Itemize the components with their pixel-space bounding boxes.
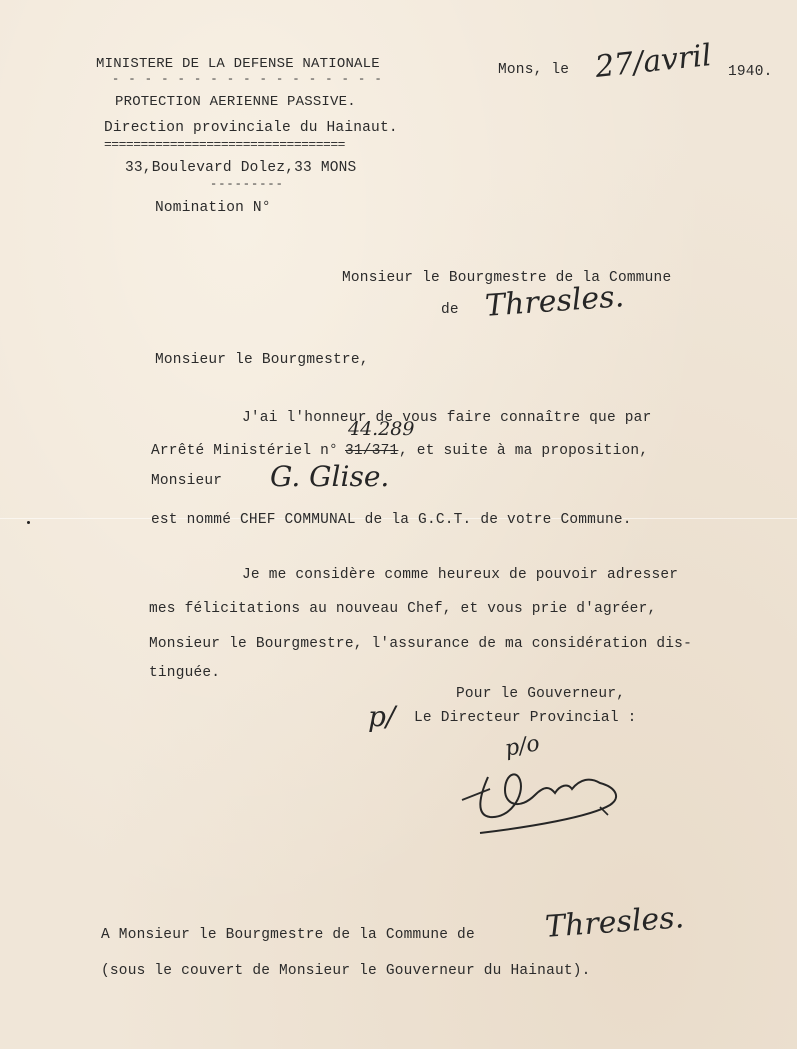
letterhead-divider-1: - - - - - - - - - - - - - - - - - [112,72,383,86]
handwritten-nominee: G. Glise. [270,460,389,493]
body-p1-line-2-suffix: , et suite à ma proposition, [399,443,648,459]
ink-speck [27,521,30,524]
dateline-year: 1940. [728,64,773,80]
dateline-prefix: Mons, le [498,62,569,78]
recipient-de: de [441,302,459,318]
arrete-number-struck: 31/371 [345,443,398,459]
body-p2-line-3: Monsieur le Bourgmestre, l'assurance de … [149,636,692,652]
closing-line-1: Pour le Gouverneur, [456,686,625,702]
letterhead-address: 33,Boulevard Dolez,33 MONS [125,160,356,176]
letterhead-service: PROTECTION AERIENNE PASSIVE. [115,94,356,110]
body-p1-line-2-prefix: Arrêté Ministériel n° [151,443,338,459]
footer-line-1-prefix: A Monsieur le Bourgmestre de la Commune … [101,927,475,943]
per-procuration-mark: p/ [368,700,395,733]
letterhead-divider-2: ================================= [104,137,345,152]
body-p1-line-3-prefix: Monsieur [151,473,222,489]
body-p1-line-4: est nommé CHEF COMMUNAL de la G.C.T. de … [151,512,632,528]
closing-line-2: Le Directeur Provincial : [414,710,637,726]
body-p1-line-1: J'ai l'honneur de vous faire connaître q… [242,410,651,426]
salutation: Monsieur le Bourgmestre, [155,352,369,368]
letterhead-divider-3: --------- [210,177,284,191]
body-p2-line-4: tinguée. [149,665,220,681]
letterhead-ministry: MINISTERE DE LA DEFENSE NATIONALE [96,56,380,72]
letterhead-direction: Direction provinciale du Hainaut. [104,120,398,136]
body-p2-line-1: Je me considère comme heureux de pouvoir… [242,567,678,583]
nomination-number-label: Nomination N° [155,200,271,216]
footer-line-2: (sous le couvert de Monsieur le Gouverne… [101,963,591,979]
body-p2-line-2: mes félicitations au nouveau Chef, et vo… [149,601,656,617]
arrete-number-handwritten: 44.289 [348,418,414,440]
